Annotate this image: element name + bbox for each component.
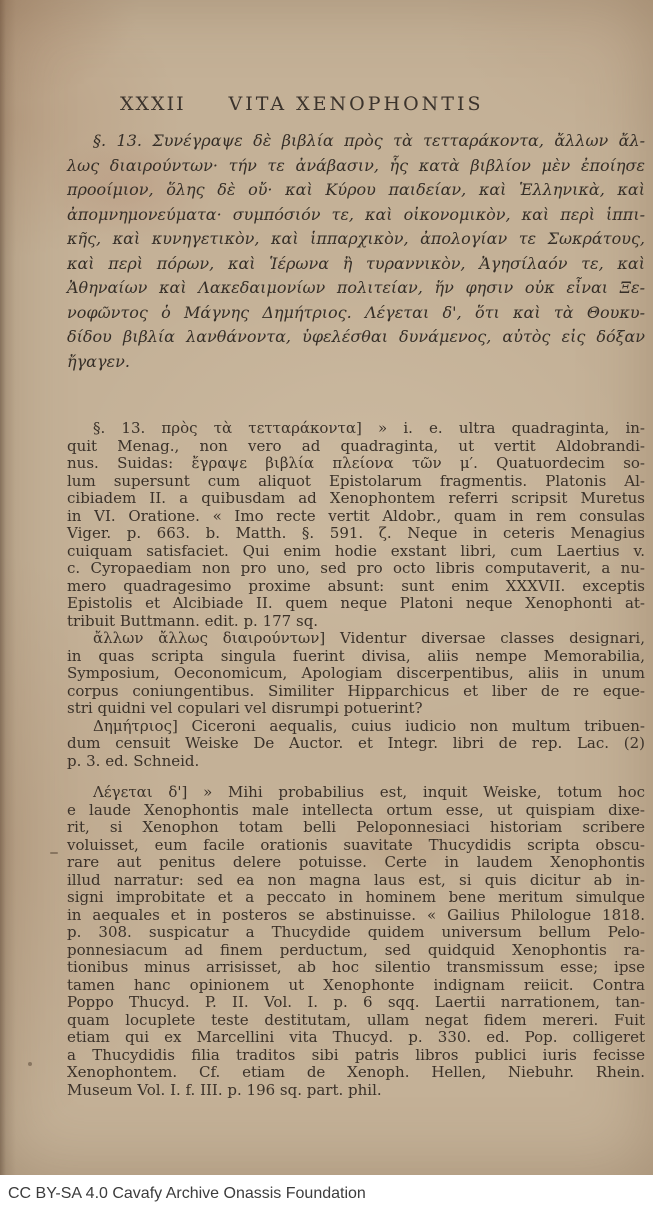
text-line: e laude Xenophontis male intellecta ortu… <box>67 802 645 820</box>
ink-speck <box>50 852 58 854</box>
text-line: etiam qui ex Marcellini vita Thucyd. p. … <box>67 1029 645 1047</box>
text-line: Epistolis et Alcibiade II. quem neque Pl… <box>67 595 645 613</box>
text-line: ἤγαγεν. <box>67 350 645 375</box>
page-header: XXXII VITA XENOPHONTIS <box>67 93 645 115</box>
ink-speck <box>28 1062 32 1066</box>
text-line: §. 13. πρὸς τὰ τετταράκοντα] » i. e. ult… <box>67 420 645 438</box>
license-text: CC BY-SA 4.0 Cavafy Archive Onassis Foun… <box>8 1185 366 1203</box>
commentary-paragraph: ἄλλων ἄλλως διαιρούντων] Videntur divers… <box>67 630 645 718</box>
text-line: cuiquam satisfaciet. Qui enim hodie exst… <box>67 543 645 561</box>
scanned-book-page: XXXII VITA XENOPHONTIS §. 13. Συνέγραψε … <box>0 0 653 1213</box>
text-line: cibiadem II. a quibusdam ad Xenophontem … <box>67 490 645 508</box>
text-line: rit, si Xenophon totam belli Peloponnesi… <box>67 819 645 837</box>
text-line: Poppo Thucyd. P. II. Vol. I. p. 6 sqq. L… <box>67 994 645 1012</box>
text-line: Δημήτριος] Ciceroni aequalis, cuius iudi… <box>67 718 645 736</box>
text-line: illud narratur: sed ea non magna laus es… <box>67 872 645 890</box>
text-line: quit Menag., non vero ad quadraginta, ut… <box>67 438 645 456</box>
commentary-section: §. 13. πρὸς τὰ τετταράκοντα] » i. e. ult… <box>67 420 645 1099</box>
text-line: lum supersunt cum aliquot Epistolarum fr… <box>67 473 645 491</box>
text-line: §. 13. Συνέγραψε δὲ βιβλία πρὸς τὰ τεττα… <box>67 129 645 154</box>
text-line: in VI. Oratione. « Imo recte vertit Aldo… <box>67 508 645 526</box>
text-line: voluisset, eum facile orationis suavitat… <box>67 837 645 855</box>
text-line: nus. Suidas: ἔγραψε βιβλία πλείονα τῶν μ… <box>67 455 645 473</box>
text-line: καὶ περὶ πόρων, καὶ Ἱέρωνα ἢ τυραννικὸν,… <box>67 252 645 277</box>
page-number: XXXII <box>120 93 186 115</box>
text-line: νοφῶντος ὁ Μάγνης Δημήτριος. Λέγεται δ',… <box>67 301 645 326</box>
text-line: ἀπομνημονεύματα· συμπόσιόν τε, καὶ οἰκον… <box>67 203 645 228</box>
commentary-paragraph: Λέγεται δ'] » Mihi probabilius est, inqu… <box>67 784 645 1099</box>
text-line: a Thucydidis filia traditos sibi patris … <box>67 1047 645 1065</box>
text-line: rare aut penitus delere potuisse. Certe … <box>67 854 645 872</box>
text-line: Museum Vol. I. f. III. p. 196 sq. part. … <box>67 1082 645 1100</box>
text-line: λως διαιρούντων· τήν τε ἀνάβασιν, ἧς κατ… <box>67 154 645 179</box>
text-line: p. 3. ed. Schneid. <box>67 753 645 771</box>
commentary-paragraph: §. 13. πρὸς τὰ τετταράκοντα] » i. e. ult… <box>67 420 645 630</box>
text-line: Symposium, Oeconomicum, Apologiam discer… <box>67 665 645 683</box>
text-line: Xenophontem. Cf. etiam de Xenoph. Hellen… <box>67 1064 645 1082</box>
text-line: tribuit Buttmann. edit. p. 177 sq. <box>67 613 645 631</box>
text-line: Λέγεται δ'] » Mihi probabilius est, inqu… <box>67 784 645 802</box>
text-line: c. Cyropaediam non pro uno, sed pro octo… <box>67 560 645 578</box>
book-page-scan: XXXII VITA XENOPHONTIS §. 13. Συνέγραψε … <box>0 0 653 1175</box>
text-line: Viger. p. 663. b. Matth. §. 591. ζ. Nequ… <box>67 525 645 543</box>
text-line: κῆς, καὶ κυνηγετικὸν, καὶ ἱππαρχικὸν, ἀπ… <box>67 227 645 252</box>
commentary-paragraph: Δημήτριος] Ciceroni aequalis, cuius iudi… <box>67 718 645 771</box>
text-line: corpus coniungentibus. Similiter Hipparc… <box>67 683 645 701</box>
text-line: quam locuplete teste destitutam, ullam n… <box>67 1012 645 1030</box>
text-line: tamen hanc opinionem ut Xenophonte indig… <box>67 977 645 995</box>
text-line: signi improbitate et a peccato in homine… <box>67 889 645 907</box>
text-line: in aequales et in posteros se abstinuiss… <box>67 907 645 925</box>
text-line: ἄλλων ἄλλως διαιρούντων] Videntur divers… <box>67 630 645 648</box>
text-line: mero quadragesimo proxime absunt: sunt e… <box>67 578 645 596</box>
text-line: stri quidni vel copulari vel disrumpi po… <box>67 700 645 718</box>
text-line: Ἀθηναίων καὶ Λακεδαιμονίων πολιτείαν, ἥν… <box>67 276 645 301</box>
text-line: προοίμιον, ὅλης δὲ οὔ· καὶ Κύρου παιδεία… <box>67 178 645 203</box>
text-line: δίδου βιβλία λανθάνοντα, ὑφελέσθαι δυνάμ… <box>67 325 645 350</box>
text-line: tionibus minus arrisisset, ab hoc silent… <box>67 959 645 977</box>
license-bar: CC BY-SA 4.0 Cavafy Archive Onassis Foun… <box>0 1175 653 1213</box>
greek-main-text: §. 13. Συνέγραψε δὲ βιβλία πρὸς τὰ τεττα… <box>67 129 645 374</box>
text-line: dum censuit Weiske De Auctor. et Integr.… <box>67 735 645 753</box>
text-line: in quas scripta singula fuerint divisa, … <box>67 648 645 666</box>
text-line: p. 308. suspicatur a Thucydide quidem un… <box>67 924 645 942</box>
text-line: ponnesiacum ad finem perductum, sed quid… <box>67 942 645 960</box>
